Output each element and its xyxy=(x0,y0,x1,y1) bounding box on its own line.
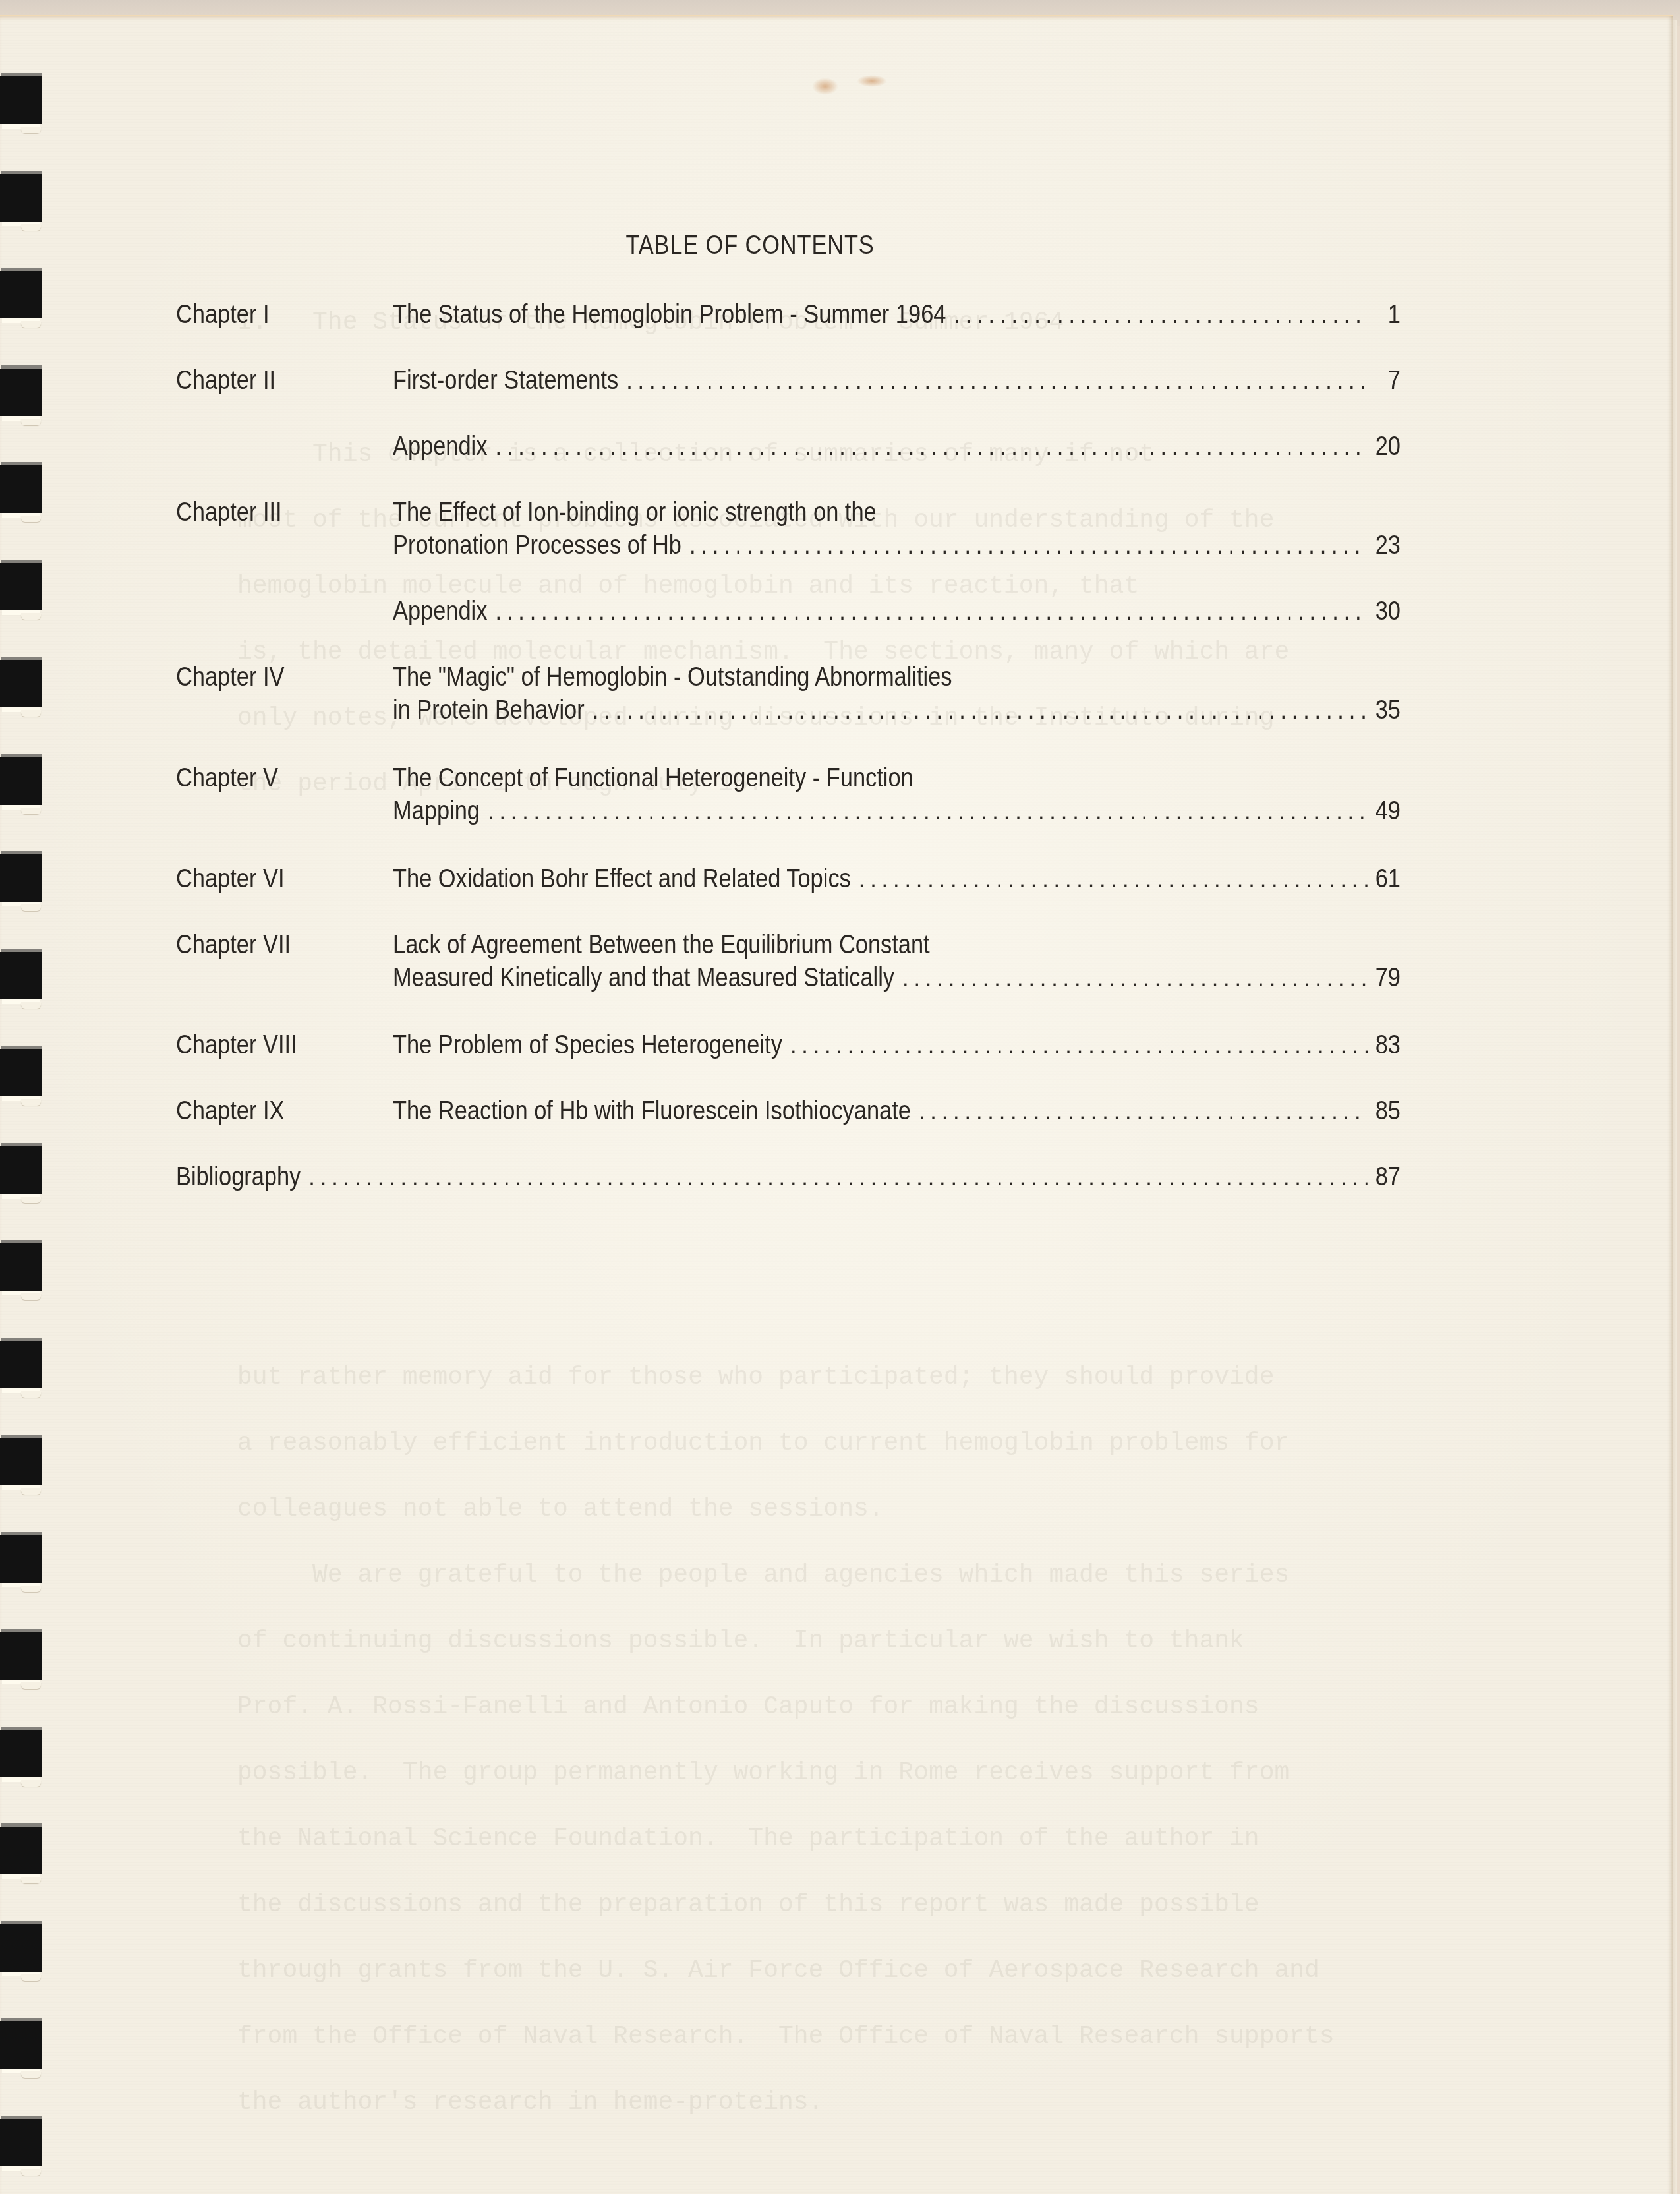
chapter-label: Chapter IV xyxy=(176,661,284,694)
entry-title: Appendix xyxy=(393,595,487,628)
entry-title: The Concept of Functional Heterogeneity … xyxy=(393,761,913,794)
entry-title: Measured Kinetically and that Measured S… xyxy=(393,961,894,994)
page-number: 7 xyxy=(1374,364,1401,397)
dot-leader xyxy=(495,430,1368,463)
page-number: 85 xyxy=(1374,1094,1401,1127)
entry-title: Mapping xyxy=(393,794,480,827)
page-number: 35 xyxy=(1374,694,1401,726)
dot-leader xyxy=(488,794,1368,827)
entry-title: The Status of the Hemoglobin Problem - S… xyxy=(393,298,946,331)
chapter-label: Chapter II xyxy=(176,364,275,397)
dot-leader xyxy=(919,1094,1368,1127)
dot-leader xyxy=(954,298,1368,331)
page-number: 83 xyxy=(1374,1028,1401,1061)
page-number: 79 xyxy=(1374,961,1401,994)
chapter-label: Chapter IX xyxy=(176,1094,284,1127)
entry-title: The Oxidation Bohr Effect and Related To… xyxy=(393,862,851,895)
dot-leader xyxy=(902,961,1368,994)
page-number: 87 xyxy=(1374,1160,1401,1193)
dot-leader xyxy=(626,364,1368,397)
entry-title: Lack of Agreement Between the Equilibriu… xyxy=(393,928,930,961)
table-of-contents: TABLE OF CONTENTS Chapter IThe Status of… xyxy=(0,0,1680,2194)
entry-title: in Protein Behavior xyxy=(393,694,585,726)
chapter-label: Chapter VI xyxy=(176,862,284,895)
page-number: 1 xyxy=(1374,298,1401,331)
dot-leader xyxy=(790,1028,1368,1061)
chapter-label: Chapter V xyxy=(176,761,278,794)
toc-title: TABLE OF CONTENTS xyxy=(105,231,1395,260)
dot-leader xyxy=(689,529,1368,562)
page-number: 20 xyxy=(1374,430,1401,463)
page-number: 61 xyxy=(1374,862,1401,895)
entry-title: First-order Statements xyxy=(393,364,618,397)
entry-title: The "Magic" of Hemoglobin - Outstanding … xyxy=(393,661,952,694)
dot-leader xyxy=(495,595,1368,628)
chapter-label: Chapter VIII xyxy=(176,1028,297,1061)
dot-leader xyxy=(593,694,1368,726)
page-number: 49 xyxy=(1374,794,1401,827)
entry-title: The Problem of Species Heterogeneity xyxy=(393,1028,782,1061)
chapter-label: Chapter III xyxy=(176,496,282,529)
entry-title: Appendix xyxy=(393,430,487,463)
chapter-label: Chapter VII xyxy=(176,928,291,961)
entry-title: Protonation Processes of Hb xyxy=(393,529,681,562)
entry-title: The Reaction of Hb with Fluorescein Isot… xyxy=(393,1094,911,1127)
page-number: 23 xyxy=(1374,529,1401,562)
entry-title: The Effect of Ion-binding or ionic stren… xyxy=(393,496,877,529)
chapter-label: Chapter I xyxy=(176,298,269,331)
entry-title: Bibliography xyxy=(176,1160,301,1193)
dot-leader xyxy=(859,862,1368,895)
dot-leader xyxy=(308,1160,1368,1193)
page-number: 30 xyxy=(1374,595,1401,628)
